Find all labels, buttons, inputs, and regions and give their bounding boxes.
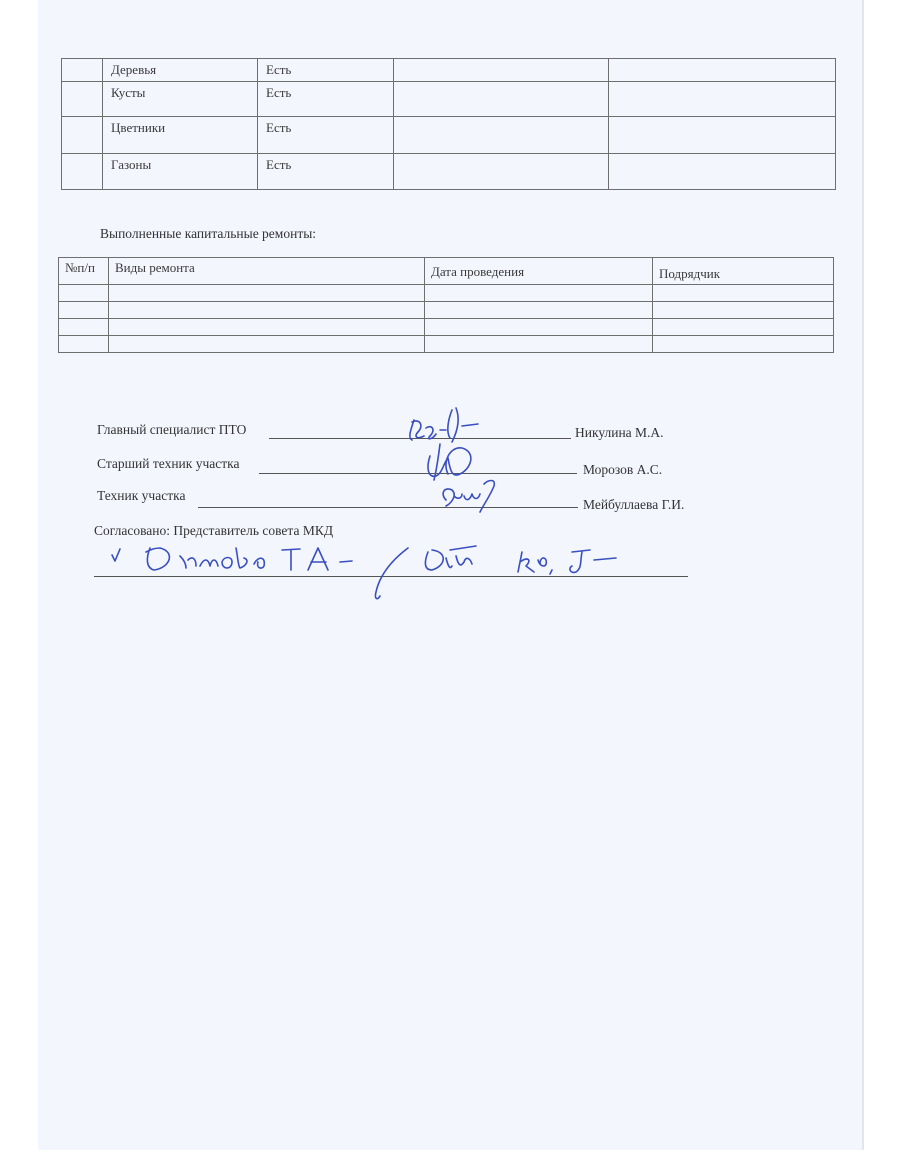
row-number-cell [62, 117, 103, 154]
signature-underline [259, 473, 577, 474]
signature-underline [198, 507, 578, 508]
status-cell: Есть [258, 154, 394, 190]
empty-cell [609, 117, 836, 154]
row-number-cell [62, 154, 103, 190]
approval-underline [94, 576, 688, 577]
signature-line-chief-specialist: Главный специалист ПТО Никулина М.А. [97, 422, 697, 444]
cell [109, 285, 425, 302]
empty-cell [609, 59, 836, 82]
greenery-table: Деревья Есть Кусты Есть Цветники Есть Га… [61, 58, 836, 190]
row-number-cell [62, 59, 103, 82]
status-cell: Есть [258, 59, 394, 82]
cell [109, 302, 425, 319]
signature-role: Главный специалист ПТО [97, 422, 246, 438]
header-cell-date: Дата проведения [425, 258, 653, 285]
cell [59, 336, 109, 353]
cell [59, 319, 109, 336]
table-row [59, 319, 834, 336]
empty-cell [394, 154, 609, 190]
status-cell: Есть [258, 117, 394, 154]
signature-underline [269, 438, 571, 439]
cell [59, 285, 109, 302]
item-cell: Деревья [103, 59, 258, 82]
signature-line-technician: Техник участка Мейбуллаева Г.И. [97, 488, 717, 510]
repairs-table: №п/п Виды ремонта Дата проведения Подряд… [58, 257, 834, 353]
cell [425, 336, 653, 353]
cell [425, 302, 653, 319]
table-row: Газоны Есть [62, 154, 836, 190]
cell [109, 336, 425, 353]
table-header-row: №п/п Виды ремонта Дата проведения Подряд… [59, 258, 834, 285]
row-number-cell [62, 82, 103, 117]
cell [109, 319, 425, 336]
cell [653, 285, 834, 302]
header-cell-number: №п/п [59, 258, 109, 285]
cell [425, 285, 653, 302]
repairs-caption: Выполненные капитальные ремонты: [100, 226, 316, 242]
signature-role: Старший техник участка [97, 456, 239, 472]
item-cell: Газоны [103, 154, 258, 190]
cell [425, 319, 653, 336]
item-cell: Кусты [103, 82, 258, 117]
empty-cell [609, 154, 836, 190]
table-row [59, 285, 834, 302]
cell [59, 302, 109, 319]
approval-label: Согласовано: Представитель совета МКД [94, 523, 333, 539]
table-row [59, 336, 834, 353]
signature-name: Мейбуллаева Г.И. [583, 497, 684, 513]
empty-cell [394, 82, 609, 117]
signature-name: Морозов А.С. [583, 462, 662, 478]
cell [653, 336, 834, 353]
signature-name: Никулина М.А. [575, 425, 664, 441]
table-row: Кусты Есть [62, 82, 836, 117]
table-row: Деревья Есть [62, 59, 836, 82]
cell [653, 302, 834, 319]
table-row: Цветники Есть [62, 117, 836, 154]
status-cell: Есть [258, 82, 394, 117]
empty-cell [394, 117, 609, 154]
item-cell: Цветники [103, 117, 258, 154]
signature-line-senior-technician: Старший техник участка Морозов А.С. [97, 456, 697, 478]
signature-role: Техник участка [97, 488, 185, 504]
empty-cell [609, 82, 836, 117]
empty-cell [394, 59, 609, 82]
header-cell-contractor: Подрядчик [653, 258, 834, 285]
table-row [59, 302, 834, 319]
cell [653, 319, 834, 336]
header-cell-repair-type: Виды ремонта [109, 258, 425, 285]
